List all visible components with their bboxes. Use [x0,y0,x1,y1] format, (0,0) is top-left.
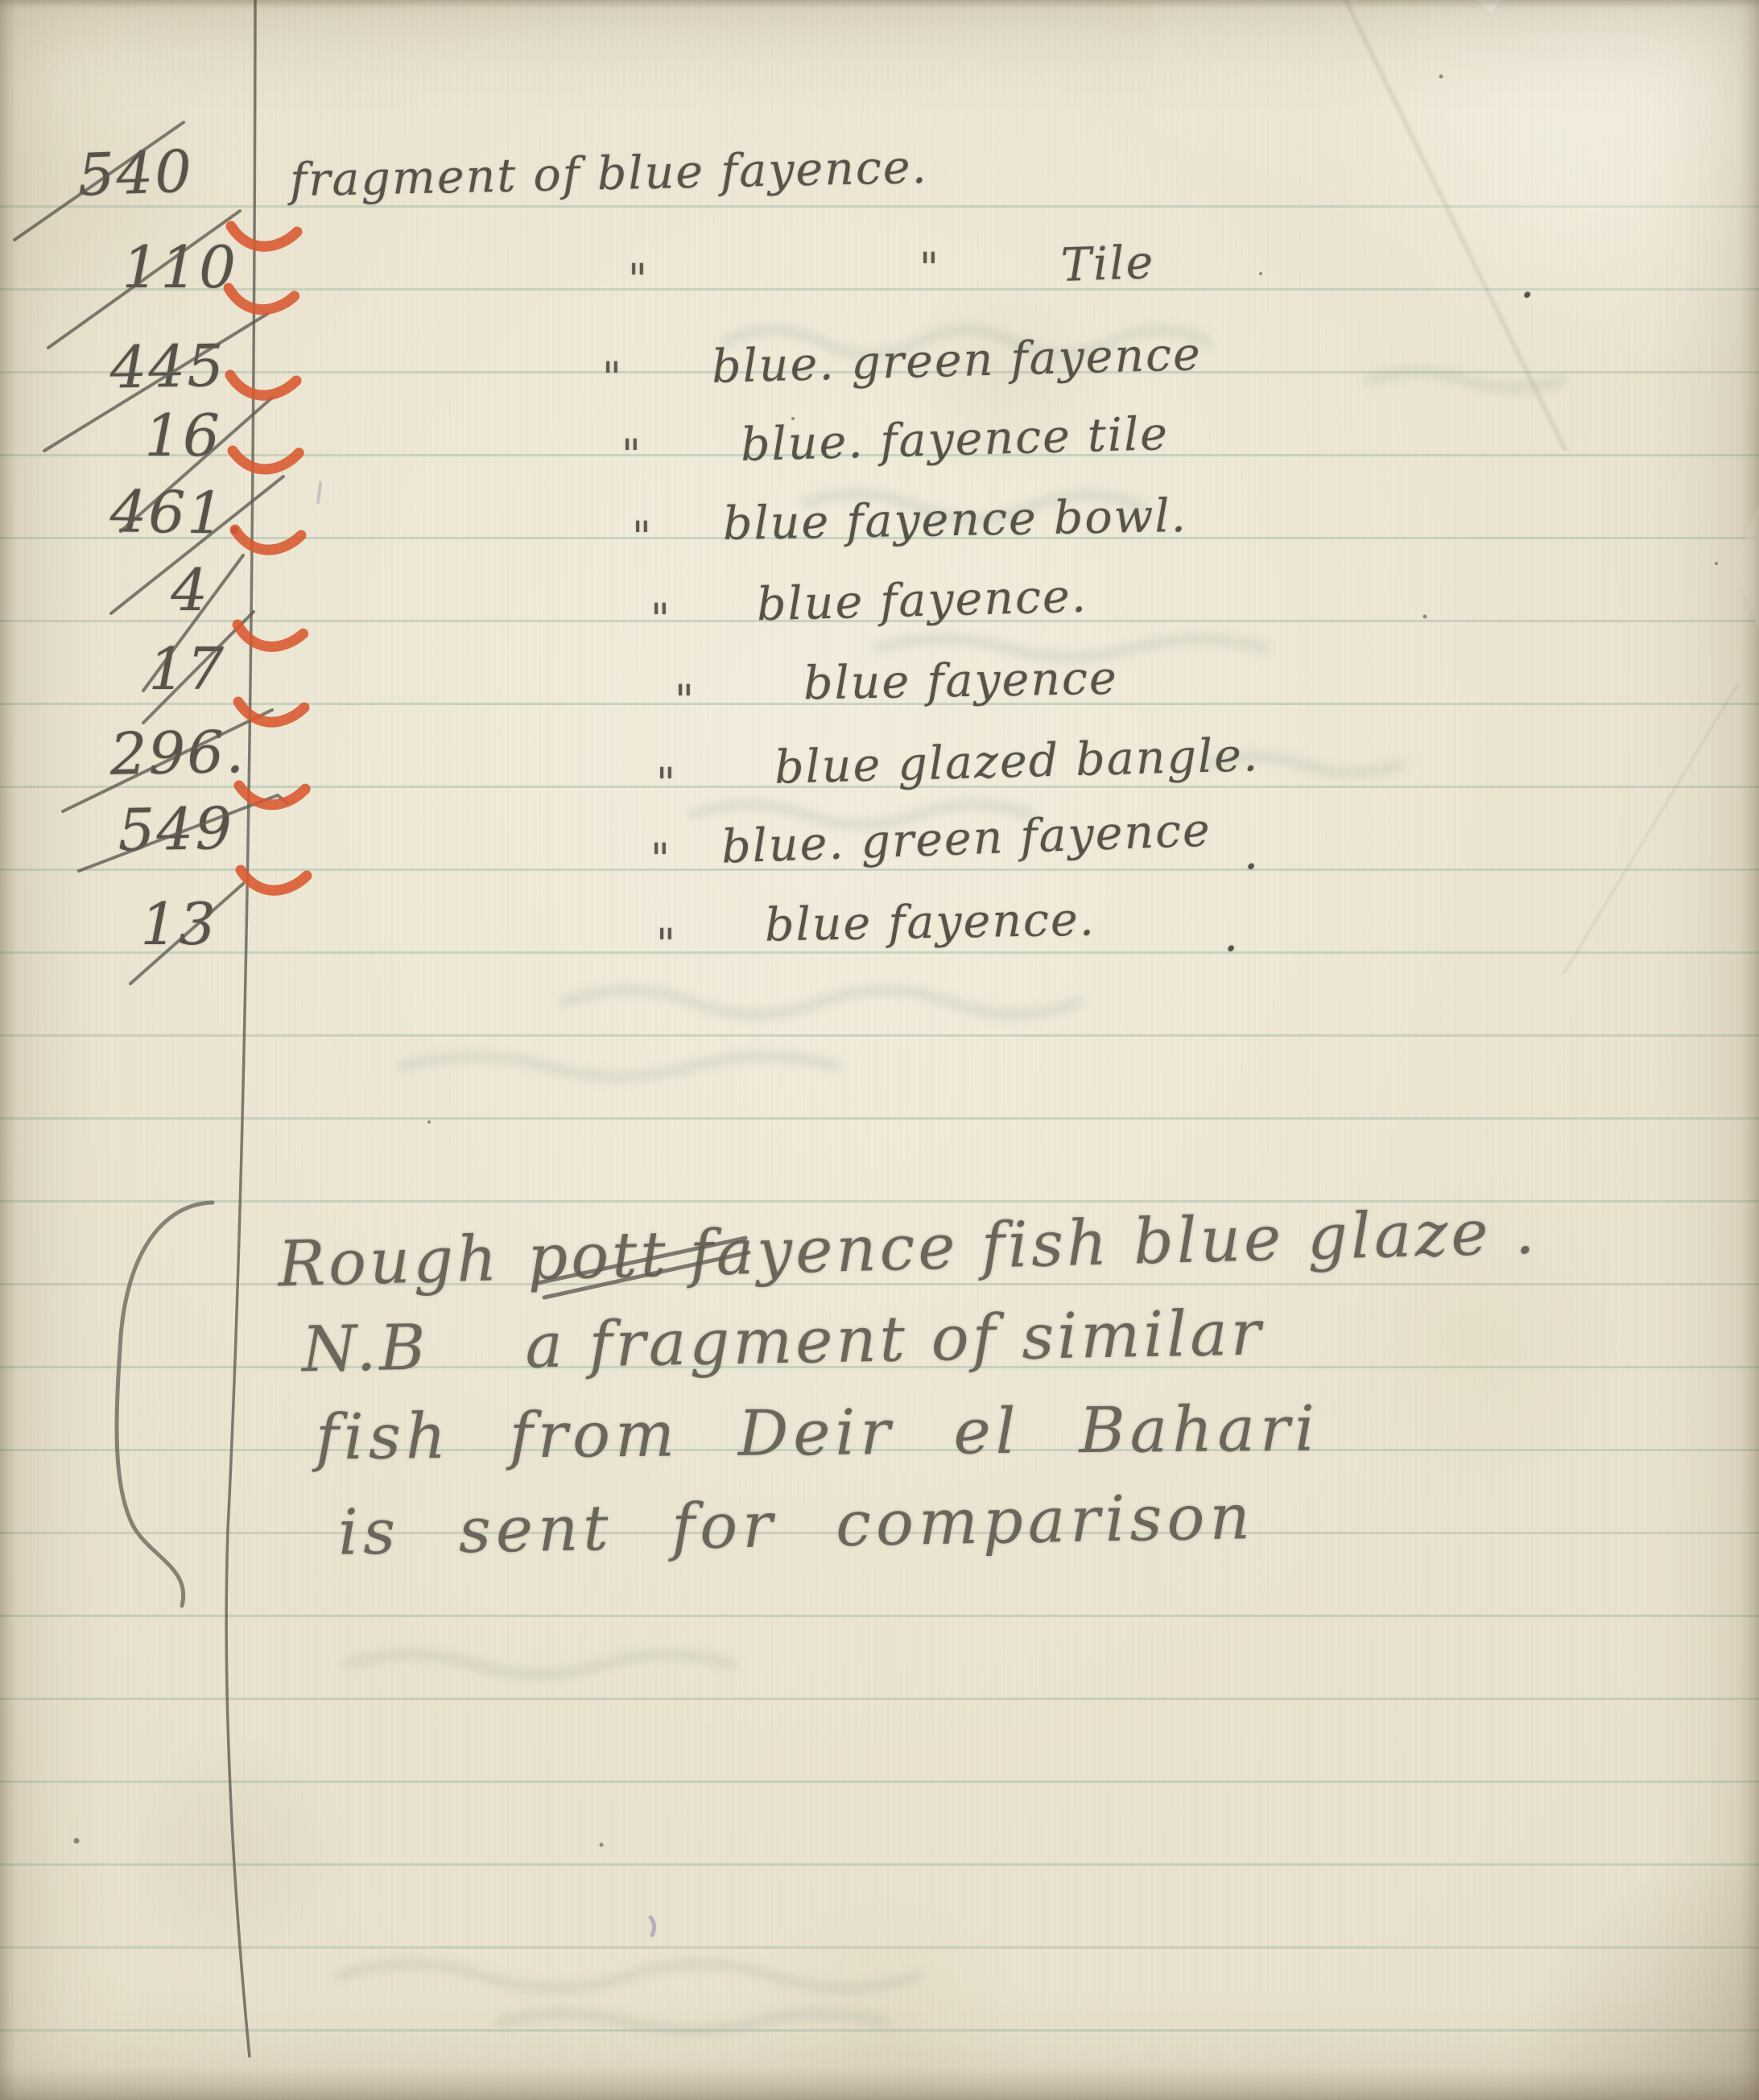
note-text: a fragment of similar [525,1298,1265,1383]
entry-text: blue fayence. [765,897,1096,948]
ditto-mark: " [919,248,940,290]
red-check-mark [241,870,307,890]
entry-number: 445 [47,336,225,398]
red-check-mark [238,702,304,722]
ditto-mark: " [632,517,653,559]
red-check-mark [239,783,306,806]
entry-number: 17 [76,640,225,698]
note-line-3: fish from Deir el Bahari [316,1398,1320,1470]
entry-number: 549 [43,799,233,860]
red-check-mark [233,448,299,471]
paper-stains [0,0,1759,2100]
pencil-marks-overlay [0,0,1759,2100]
note-text: fayence fish blue glaze . [689,1196,1539,1291]
corner-crease [1151,0,1759,451]
notebook-page: 540 110 445 16 461. 4 17 296. 549 13 fra… [0,0,1759,2100]
period-mark: . [1520,259,1536,305]
ditto-mark: " [656,763,677,805]
entry-number: 4 [76,561,209,619]
red-check-mark [228,288,295,311]
entry-text: blue fayence [803,656,1119,708]
entry-number: 461. [60,481,246,543]
struck-word: pott [526,1219,670,1295]
edge-vignette [0,0,1759,2100]
note-line-2: N.Ba fragment of similar [301,1302,1264,1382]
bleed-through-ghost [0,0,1759,2100]
entry-text: blue glazed bangle. [774,732,1259,791]
ditto-mark: " [602,357,623,399]
nb-label: N.B [301,1312,429,1387]
red-check-mark [230,375,296,395]
note-line-4: is sent for comparison [337,1486,1255,1565]
note-word: Rough [277,1223,501,1301]
ditto-mark: " [628,259,649,301]
ditto-mark: " [675,680,696,722]
ditto-mark: " [656,924,677,966]
entry-text: blue. green fayence [721,807,1212,870]
paper-edge-notch [1476,0,1503,13]
curly-brace [117,1203,213,1606]
red-check-marks [228,226,307,890]
entry-number: 296. [52,723,246,784]
margin-line [226,0,255,2057]
red-check-mark [231,226,297,246]
entry-number: 16 [72,406,221,464]
entry-text: blue. fayence tile [740,411,1169,468]
entry-text: blue. green fayence [711,332,1202,390]
entry-text: blue fayence bowl. [723,493,1188,547]
ditto-mark: " [650,839,671,881]
period-mark: . [1224,913,1240,959]
entry-number: 540 [31,142,194,206]
paper-grain [0,0,1759,2100]
edge-crease [1530,684,1759,974]
entry-number: 13 [68,895,217,953]
note-line-1: Roughpottfayence fish blue glaze . [277,1201,1538,1297]
ditto-mark: " [621,435,642,477]
entry-number: 110 [76,238,237,296]
period-mark: . [1244,831,1260,877]
red-check-mark [237,625,303,648]
torn-edge [1731,505,1759,630]
entry-text: blue fayence. [756,574,1088,629]
ink-smudges [318,483,654,1935]
entry-text: fragment of blue fayence. [289,145,928,204]
ditto-mark: " [650,599,671,641]
entry-text: Tile [1060,240,1155,289]
